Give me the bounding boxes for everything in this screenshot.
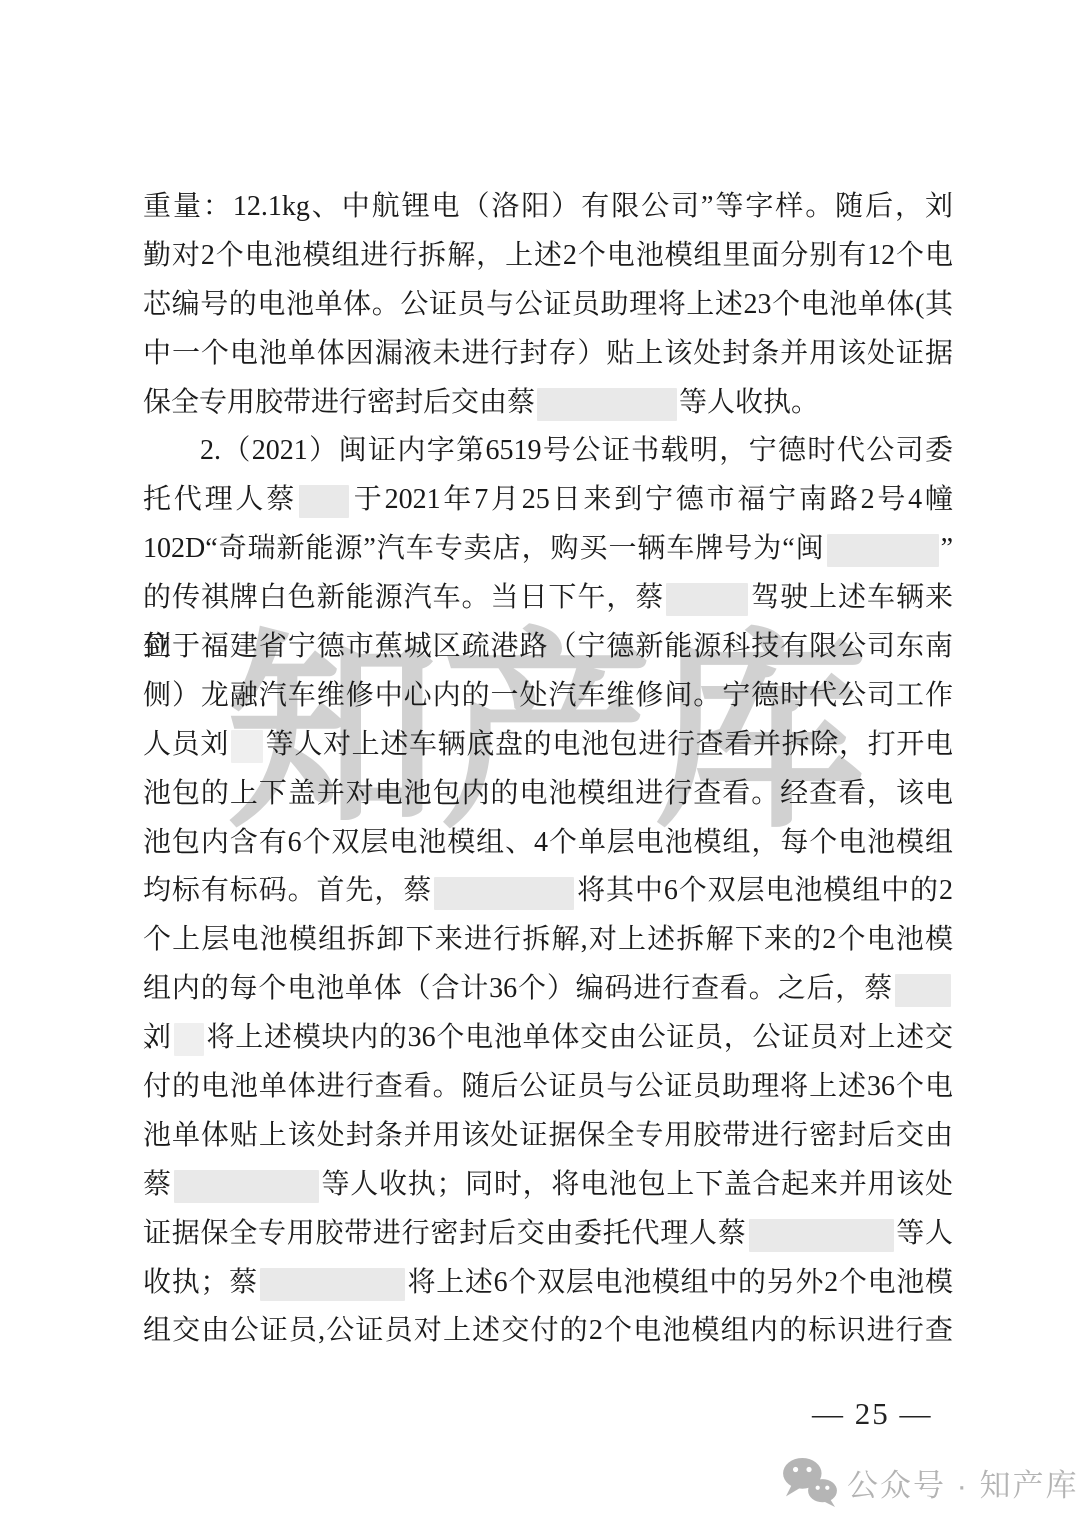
text-segment: 将其中6个双层电池模组中的2 [576, 875, 953, 906]
redaction-box [749, 1219, 894, 1252]
text-line: 的传祺牌白色新能源汽车。当日下午，蔡驾驶上述车辆来到 [143, 574, 953, 623]
text-line: 保全专用胶带进行密封后交由蔡等人收执。 [143, 379, 953, 428]
text-segment: 侧）龙融汽车维修中心内的一处汽车维修间。宁德时代公司工作 [143, 680, 953, 711]
text-line: 2.（2021）闽证内字第6519号公证书载明，宁德时代公司委 [143, 427, 953, 476]
wechat-icon [781, 1457, 847, 1507]
text-line: 组交由公证员,公证员对上述交付的2个电池模组内的标识进行查 [143, 1307, 953, 1356]
text-segment: 保全专用胶带进行密封后交由蔡 [143, 387, 535, 418]
text-segment: 勤对2个电池模组进行拆解，上述2个电池模组里面分别有12个电 [143, 240, 953, 271]
text-segment: 于2021年7月25日来到宁德市福宁南路2号4幢 [351, 484, 953, 515]
text-segment: 等人收执。 [679, 387, 819, 418]
text-segment: 重量：12.1kg、中航锂电（洛阳）有限公司”等字样。随后，刘 [143, 191, 953, 222]
document-text: 重量：12.1kg、中航锂电（洛阳）有限公司”等字样。随后，刘勤对2个电池模组进… [143, 183, 953, 1356]
text-segment: 等人对上述车辆底盘的电池包进行查看并拆除，打开电 [265, 729, 953, 760]
redaction-box [231, 730, 263, 763]
text-line: 侧）龙融汽车维修中心内的一处汽车维修间。宁德时代公司工作 [143, 672, 953, 721]
text-segment: 将上述模块内的36个电池单体交由公证员，公证员对上述交 [206, 1022, 953, 1053]
text-line: 人员刘等人对上述车辆底盘的电池包进行查看并拆除，打开电 [143, 721, 953, 770]
text-line: 收执；蔡将上述6个双层电池模组中的另外2个电池模 [143, 1259, 953, 1308]
redaction-box [895, 974, 951, 1007]
redaction-box [299, 485, 349, 518]
text-segment: 证据保全专用胶带进行密封后交由委托代理人蔡 [143, 1218, 747, 1249]
text-segment: 等人收执；同时，将电池包上下盖合起来并用该处 [321, 1169, 953, 1200]
text-line: 重量：12.1kg、中航锂电（洛阳）有限公司”等字样。随后，刘 [143, 183, 953, 232]
text-line: 均标有标码。首先，蔡将其中6个双层电池模组中的2 [143, 867, 953, 916]
text-line: 中一个电池单体因漏液未进行封存）贴上该处封条并用该处证据 [143, 330, 953, 379]
text-line: 蔡等人收执；同时，将电池包上下盖合起来并用该处 [143, 1161, 953, 1210]
redaction-box [174, 1023, 204, 1056]
text-line: 池单体贴上该处封条并用该处证据保全专用胶带进行密封后交由 [143, 1112, 953, 1161]
text-segment: 蔡 [143, 1169, 172, 1200]
page-number: — 25 — [812, 1396, 933, 1432]
text-segment: 托代理人蔡 [143, 484, 297, 515]
redaction-box [666, 583, 748, 616]
text-segment: 收执；蔡 [143, 1267, 258, 1298]
redaction-box [434, 877, 574, 910]
document-page: 知产库 重量：12.1kg、中航锂电（洛阳）有限公司”等字样。随后，刘勤对2个电… [0, 0, 1080, 1527]
text-line: 证据保全专用胶带进行密封后交由委托代理人蔡等人 [143, 1210, 953, 1259]
text-segment: 中一个电池单体因漏液未进行封存）贴上该处封条并用该处证据 [143, 338, 953, 369]
text-line: 102D“奇瑞新能源”汽车专卖店，购买一辆车牌号为“闽” [143, 525, 953, 574]
text-segment: 等人 [896, 1218, 953, 1249]
text-segment: 付的电池单体进行查看。随后公证员与公证员助理将上述36个电 [143, 1071, 953, 1102]
text-segment: 组内的每个电池单体（合计36个）编码进行查看。之后，蔡 [143, 973, 893, 1004]
text-line: 个上层电池模组拆卸下来进行拆解,对上述拆解下来的2个电池模 [143, 916, 953, 965]
footer-branding: 公众号 · 知产库 [781, 1456, 1079, 1508]
text-line: 付的电池单体进行查看。随后公证员与公证员助理将上述36个电 [143, 1063, 953, 1112]
text-line: 芯编号的电池单体。公证员与公证员助理将上述23个电池单体(其 [143, 281, 953, 330]
text-segment: 池包内含有6个双层电池模组、4个单层电池模组，每个电池模组 [143, 827, 953, 858]
text-segment: 个上层电池模组拆卸下来进行拆解,对上述拆解下来的2个电池模 [143, 924, 953, 955]
text-segment: 芯编号的电池单体。公证员与公证员助理将上述23个电池单体(其 [143, 289, 953, 320]
text-segment: 均标有标码。首先，蔡 [143, 875, 432, 906]
text-line: 组内的每个电池单体（合计36个）编码进行查看。之后，蔡、 [143, 965, 953, 1014]
text-segment: 组交由公证员,公证员对上述交付的2个电池模组内的标识进行查 [143, 1315, 953, 1346]
text-segment: 池包的上下盖并对电池包内的电池模组进行查看。经查看，该电 [143, 778, 953, 809]
brand-label: 公众号 · 知产库 [847, 1460, 1079, 1505]
text-line: 勤对2个电池模组进行拆解，上述2个电池模组里面分别有12个电 [143, 232, 953, 281]
redaction-box [174, 1170, 319, 1203]
text-segment: 位于福建省宁德市蕉城区疏港路（宁德新能源科技有限公司东南 [143, 631, 953, 662]
redaction-box [827, 534, 939, 567]
text-segment: 的传祺牌白色新能源汽车。当日下午，蔡 [143, 582, 664, 613]
text-segment: 102D“奇瑞新能源”汽车专卖店，购买一辆车牌号为“闽 [143, 533, 825, 564]
text-line: 位于福建省宁德市蕉城区疏港路（宁德新能源科技有限公司东南 [143, 623, 953, 672]
text-line: 托代理人蔡于2021年7月25日来到宁德市福宁南路2号4幢 [143, 476, 953, 525]
text-segment: 将上述6个双层电池模组中的另外2个电池模 [407, 1267, 953, 1298]
text-line: 池包内含有6个双层电池模组、4个单层电池模组，每个电池模组 [143, 819, 953, 868]
text-segment: 池单体贴上该处封条并用该处证据保全专用胶带进行密封后交由 [143, 1120, 953, 1151]
text-line: 刘将上述模块内的36个电池单体交由公证员，公证员对上述交 [143, 1014, 953, 1063]
redaction-box [537, 388, 677, 421]
text-segment: 刘 [143, 1022, 172, 1053]
text-segment: ” [941, 533, 953, 564]
text-segment: 人员刘 [143, 729, 229, 760]
text-line: 池包的上下盖并对电池包内的电池模组进行查看。经查看，该电 [143, 770, 953, 819]
redaction-box [260, 1268, 405, 1301]
text-segment: 2.（2021）闽证内字第6519号公证书载明，宁德时代公司委 [200, 435, 953, 466]
